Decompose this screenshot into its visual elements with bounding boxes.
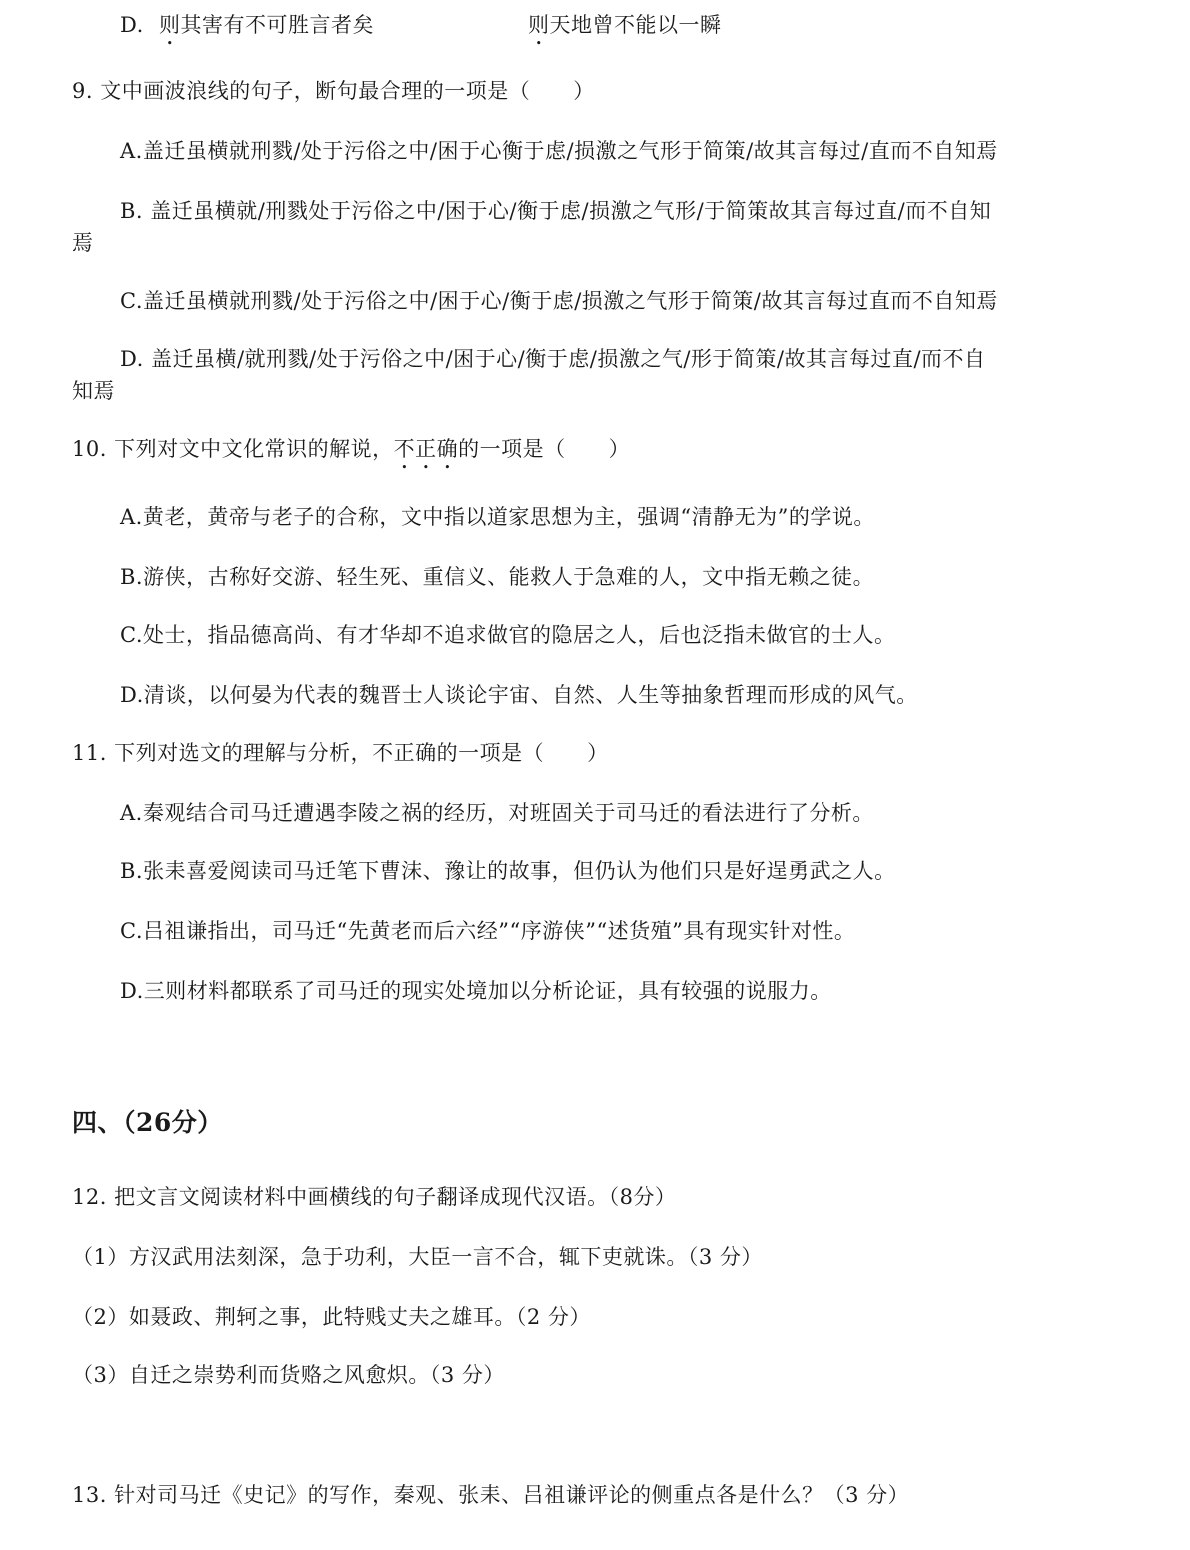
q10-option-d: D.清谈，以何晏为代表的魏晋士人谈论宇宙、自然、人生等抽象哲理而形成的风气。: [120, 680, 918, 710]
q8-option-d: D. 则其害有不可胜言者矣: [120, 10, 374, 50]
q11-option-a: A.秦观结合司马迁遭遇李陵之祸的经历，对班固关于司马迁的看法进行了分析。: [120, 798, 874, 828]
q9-option-d-cont: 知焉: [72, 376, 115, 406]
q11-option-b: B.张耒喜爱阅读司马迁笔下曹沫、豫让的故事，但仍认为他们只是好逞勇武之人。: [120, 856, 896, 886]
q9-option-b-cont: 焉: [72, 228, 94, 258]
emphasized-char: 则: [528, 13, 550, 37]
q12-item-3: （3）自迁之崇势利而货赂之风愈炽。（3 分）: [72, 1360, 505, 1390]
q13-stem: 13. 针对司马迁《史记》的写作，秦观、张耒、吕祖谦评论的侧重点各是什么？（3 …: [72, 1480, 909, 1510]
q9-option-d: D. 盖迁虽横/就刑戮/处于污俗之中/困于心/衡于虑/损激之气/形于简策/故其言…: [120, 344, 986, 374]
emphasized-text: 不正确: [394, 437, 459, 461]
option-label: D.: [120, 13, 144, 37]
q10-option-a: A.黄老，黄帝与老子的合称，文中指以道家思想为主，强调“清静无为”的学说。: [120, 502, 875, 532]
q9-option-b: B. 盖迁虽横就/刑戮处于污俗之中/困于心/衡于虑/损激之气形/于简策故其言每过…: [120, 196, 991, 226]
emphasized-char: 则: [159, 13, 181, 37]
q11-option-c: C.吕祖谦指出，司马迁“先黄老而后六经”“序游侠”“述货殖”具有现实针对性。: [120, 916, 855, 946]
q10-option-b: B.游侠，古称好交游、轻生死、重信义、能救人于急难的人，文中指无赖之徒。: [120, 562, 874, 592]
q9-stem: 9. 文中画波浪线的句子，断句最合理的一项是（ ）: [72, 76, 595, 106]
q12-item-2: （2）如聂政、荆轲之事，此特贱丈夫之雄耳。（2 分）: [72, 1302, 591, 1332]
q12-stem: 12. 把文言文阅读材料中画横线的句子翻译成现代汉语。（8分）: [72, 1182, 676, 1212]
q9-option-a: A.盖迁虽横就刑戮/处于污俗之中/困于心衡于虑/损激之气形于简策/故其言每过/直…: [120, 136, 998, 166]
q11-option-d: D.三则材料都联系了司马迁的现实处境加以分析论证，具有较强的说服力。: [120, 976, 832, 1006]
q11-stem: 11. 下列对选文的理解与分析，不正确的一项是（ ）: [72, 738, 609, 768]
q10-option-c: C.处士，指品德高尚、有才华却不追求做官的隐居之人，后也泛指未做官的士人。: [120, 620, 896, 650]
option-d-left: 则其害有不可胜言者矣: [159, 13, 374, 37]
q9-option-c: C.盖迁虽横就刑戮/处于污俗之中/困于心/衡于虑/损激之气形于简策/故其言每过直…: [120, 286, 998, 316]
q12-item-1: （1）方汉武用法刻深，急于功利，大臣一言不合，辄下吏就诛。（3 分）: [72, 1242, 763, 1272]
q10-stem: 10. 下列对文中文化常识的解说，不正确的一项是（ ）: [72, 434, 630, 474]
q8-option-d-right: 则天地曾不能以一瞬: [528, 10, 722, 50]
section-title: 四、（26分）: [72, 1108, 223, 1138]
